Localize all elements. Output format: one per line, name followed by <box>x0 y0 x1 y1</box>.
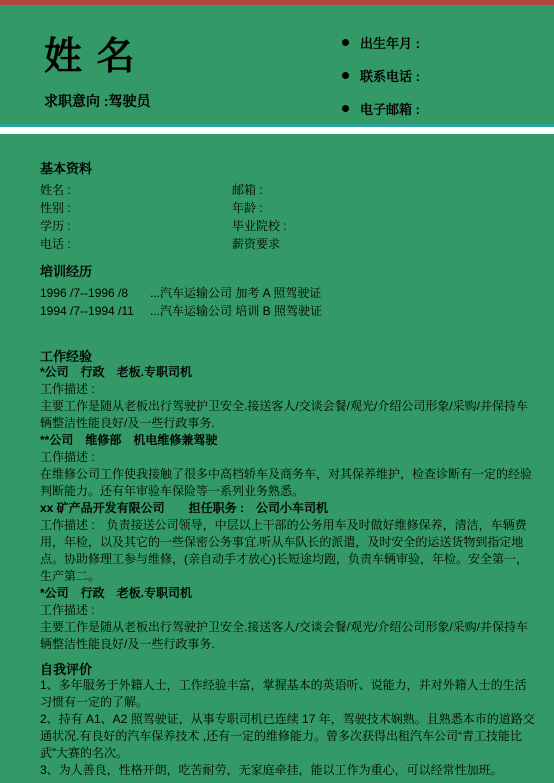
evaluation-item: 3、为人善良，性格开朗，吃苦耐劳，无家庭牵挂，能以工作为重心，可以经常性加班。 <box>40 762 535 779</box>
field-mail: 邮箱 : <box>232 181 535 199</box>
bullet-icon <box>342 72 349 79</box>
work-entry-heading: xx 矿产品开发有限公司 担任职务 : 公司小车司机 <box>40 500 535 517</box>
field-education: 学历 : <box>40 217 232 235</box>
basic-info-grid: 姓名 : 邮箱 : 性别 : 年龄 : 学历 : 毕业院校 : 电话 : 薪资要… <box>40 181 535 253</box>
work-entry-heading: **公司 维修部 机电维修兼驾驶 <box>40 432 535 449</box>
section-work-experience: 工作经验 *公司 行政 老板.专职司机 工作描述 : 主要工作是随从老板出行驾驶… <box>40 350 535 653</box>
contact-row-email: 电子邮箱 : <box>342 99 420 118</box>
training-item: 1996 /7--1996 /8 ...汽车运输公司 加考 A 照驾驶证 <box>40 284 535 302</box>
header-divider-line <box>0 124 554 127</box>
resume-body: 基本资料 姓名 : 邮箱 : 性别 : 年龄 : 学历 : 毕业院校 : 电话 … <box>0 134 554 783</box>
contact-label: 电子邮箱 : <box>360 99 420 118</box>
field-school: 毕业院校 : <box>232 217 535 235</box>
training-item: 1994 /7--1994 /11 ...汽车运输公司 培训 B 照驾驶证 <box>40 302 535 320</box>
field-gender: 性别 : <box>40 199 232 217</box>
section-self-evaluation: 自我评价 1、多年服务于外籍人士，工作经验丰富，掌握基本的英语听、说能力，并对外… <box>40 663 535 779</box>
work-entry-heading: *公司 行政 老板.专职司机 <box>40 364 535 381</box>
field-phone: 电话 : <box>40 235 232 253</box>
field-name: 姓名 : <box>40 181 232 199</box>
candidate-name: 姓 名 <box>44 25 137 80</box>
training-period: 1994 /7--1994 /11 <box>40 302 150 320</box>
header-banner: 姓 名 求职意向 :驾驶员 出生年月 : 联系电话 : 电子邮箱 : <box>0 5 554 124</box>
contact-row-phone: 联系电话 : <box>342 66 420 85</box>
work-entry-heading: *公司 行政 老板.专职司机 <box>40 585 535 602</box>
work-desc-text: 在维修公司工作使我接触了很多中高档轿车及商务车，对其保养维护，检查诊断有一定的经… <box>40 466 535 500</box>
contact-list: 出生年月 : 联系电话 : 电子邮箱 : <box>342 33 420 118</box>
training-period: 1996 /7--1996 /8 <box>40 284 150 302</box>
work-desc-label: 工作描述 : <box>40 602 535 619</box>
evaluation-item: 1、多年服务于外籍人士，工作经验丰富，掌握基本的英语听、说能力，并对外籍人士的生… <box>40 677 535 711</box>
work-desc-text: 工作描述 : 负责接送公司领导，中层以上干部的公务用车及时做好维修保养，清洁，车… <box>40 517 535 585</box>
work-desc-text: 主要工作是随从老板出行驾驶护卫安全.接送客人/交谈会餐/观光/介绍公司形象/采购… <box>40 619 535 653</box>
contact-row-birth: 出生年月 : <box>342 33 420 52</box>
section-basic-info: 基本资料 姓名 : 邮箱 : 性别 : 年龄 : 学历 : 毕业院校 : 电话 … <box>40 162 535 253</box>
field-salary: 薪资要求 <box>232 235 535 253</box>
work-desc-label: 工作描述 : <box>40 381 535 398</box>
training-desc: ...汽车运输公司 培训 B 照驾驶证 <box>150 302 322 320</box>
bullet-icon <box>342 105 349 112</box>
work-desc-text: 主要工作是随从老板出行驾驶护卫安全.接送客人/交谈会餐/观光/介绍公司形象/采购… <box>40 398 535 432</box>
job-intention: 求职意向 :驾驶员 <box>44 91 151 111</box>
field-age: 年龄 : <box>232 199 535 217</box>
section-title-training: 培训经历 <box>40 265 535 279</box>
training-desc: ...汽车运输公司 加考 A 照驾驶证 <box>150 284 321 302</box>
work-desc-label: 工作描述 : <box>40 449 535 466</box>
section-title-evaluation: 自我评价 <box>40 663 535 677</box>
bullet-icon <box>342 39 349 46</box>
section-title-work: 工作经验 <box>40 350 535 364</box>
contact-label: 联系电话 : <box>360 66 420 85</box>
evaluation-item: 2、持有 A1、A2 照驾驶证，从事专职司机已连续 17 年，驾驶技术娴熟。且熟… <box>40 711 535 762</box>
section-title-basic: 基本资料 <box>40 162 535 176</box>
contact-label: 出生年月 : <box>360 33 420 52</box>
section-training: 培训经历 1996 /7--1996 /8 ...汽车运输公司 加考 A 照驾驶… <box>40 265 535 320</box>
resume-page: 姓 名 求职意向 :驾驶员 出生年月 : 联系电话 : 电子邮箱 : 基本资料 … <box>0 0 554 783</box>
